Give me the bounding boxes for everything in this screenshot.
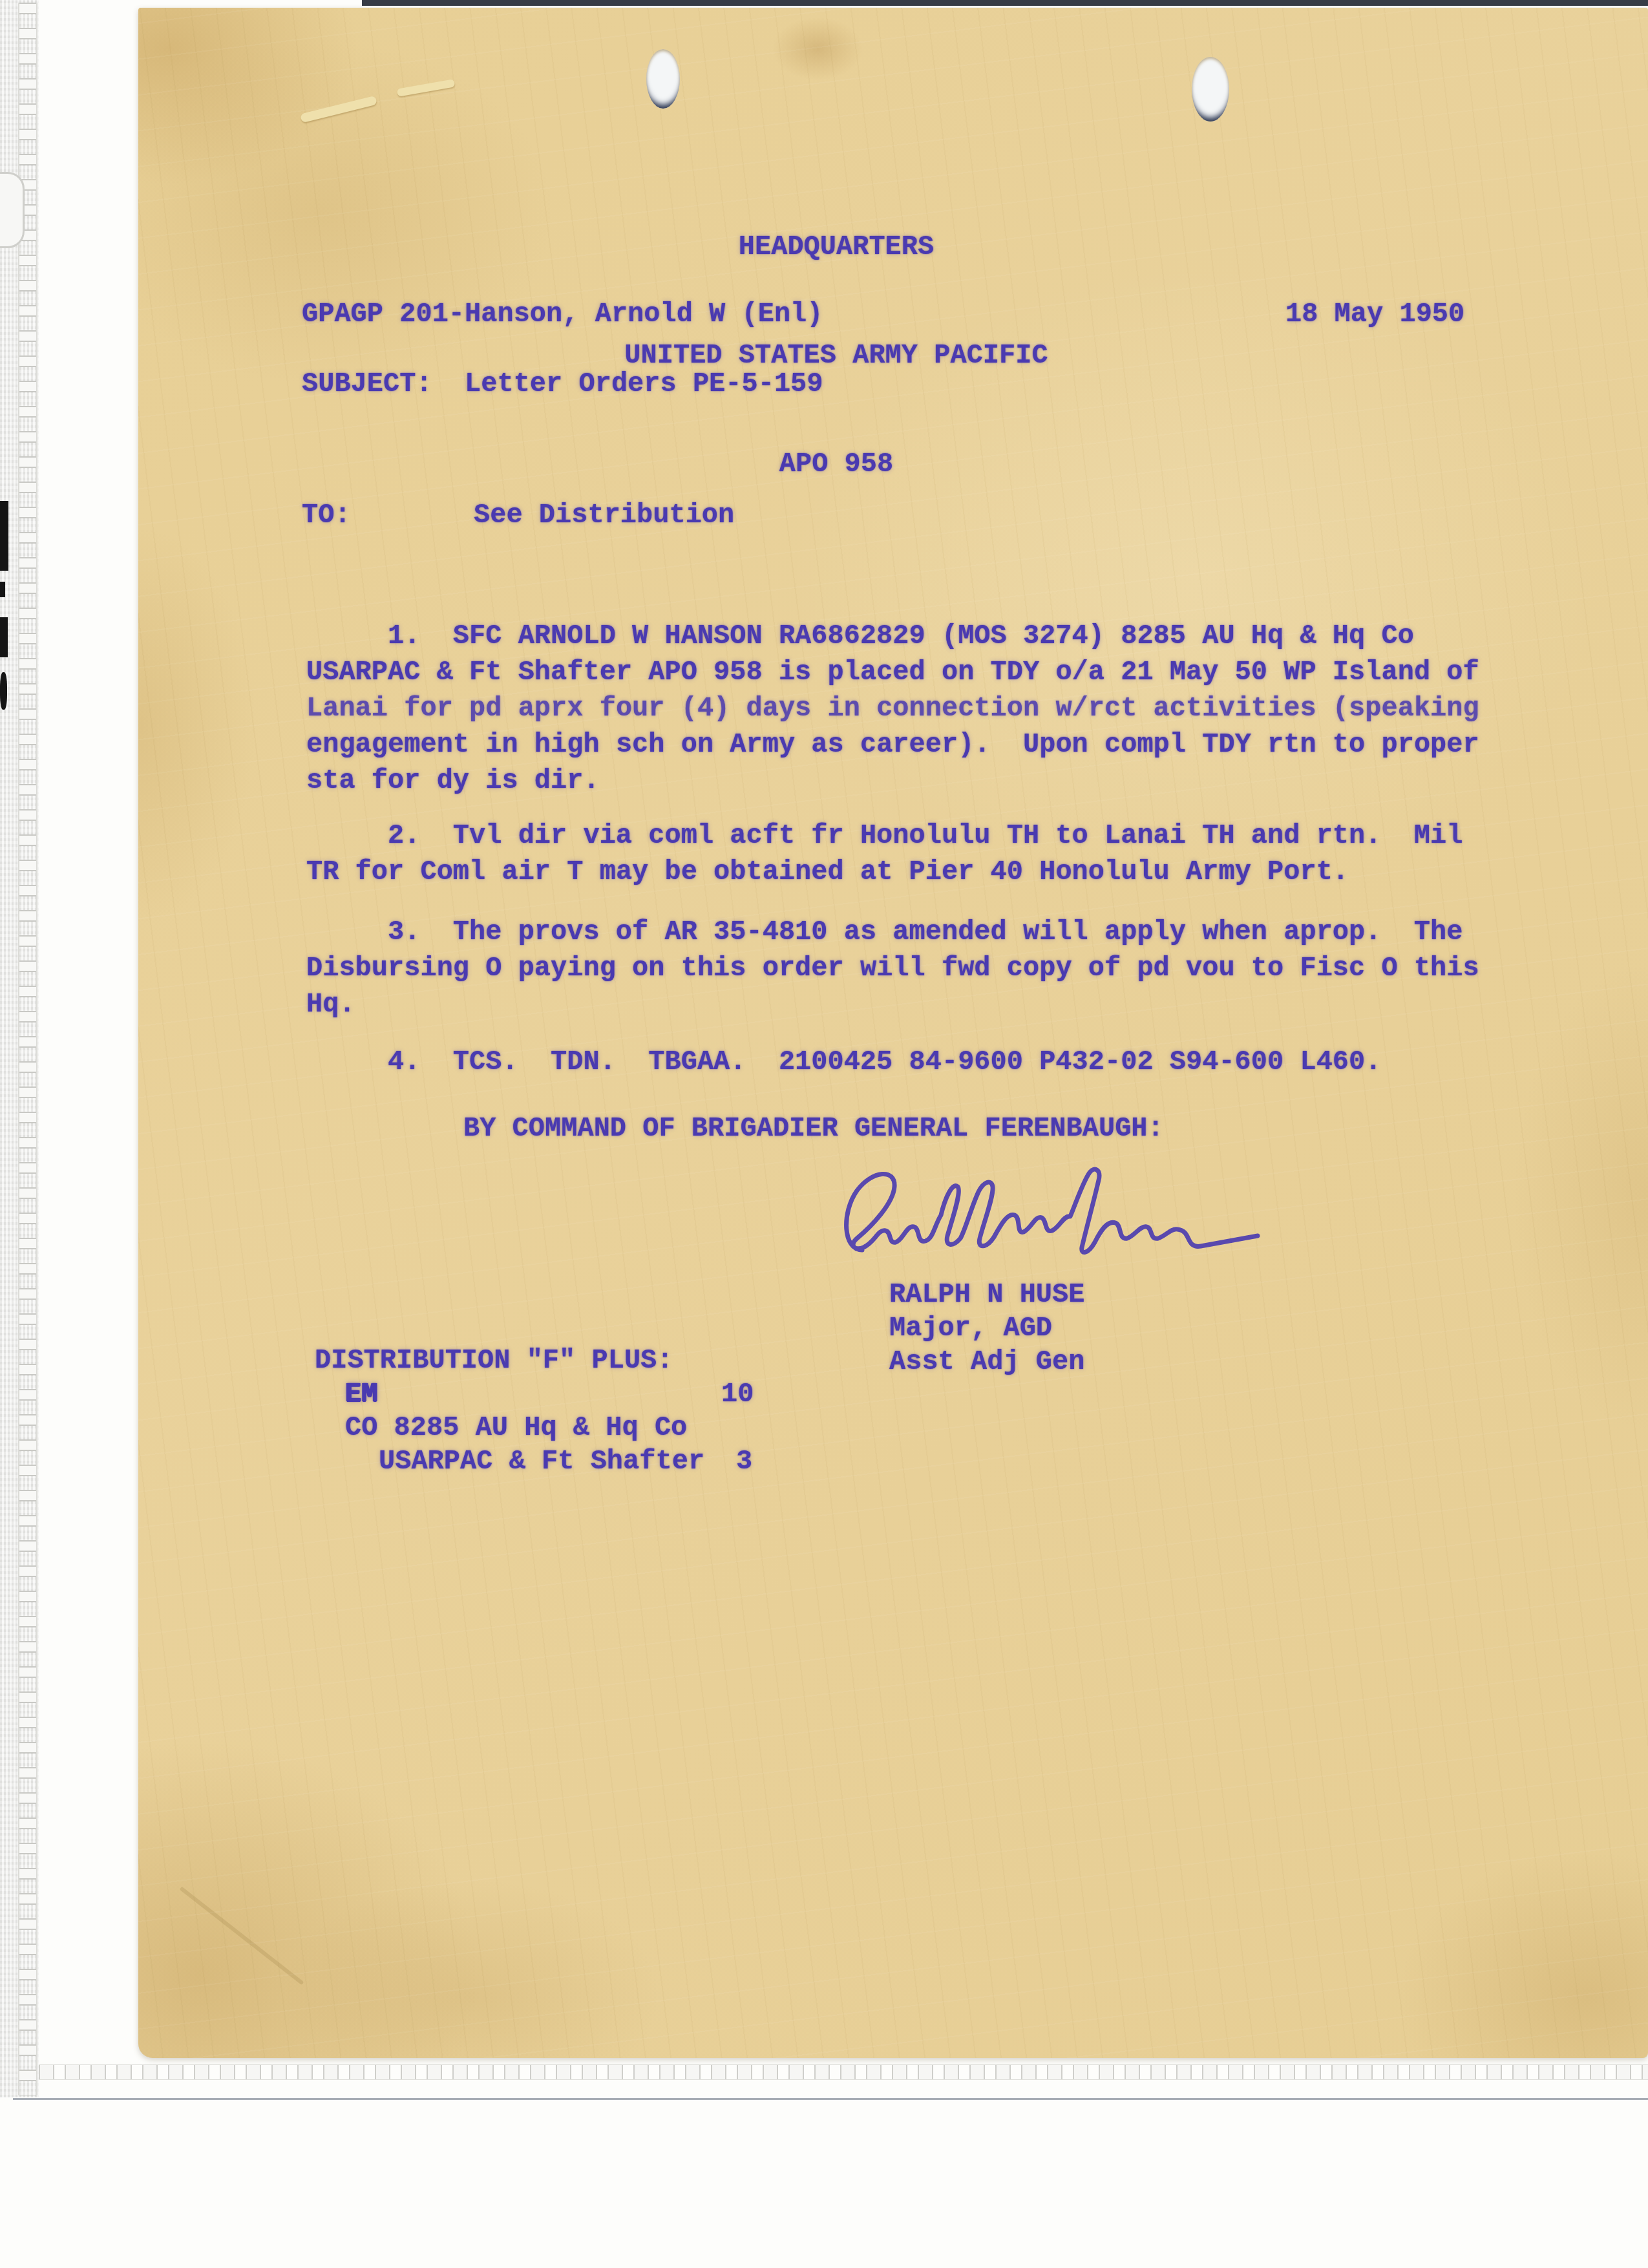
distribution-entry: CO 8285 AU Hq & Hq Co	[345, 1410, 687, 1446]
punch-hole-left	[646, 49, 680, 109]
punch-hole-right	[1192, 57, 1229, 122]
order-paragraph-line: Lanai for pd aprx four (4) days in conne…	[306, 690, 1479, 726]
distribution-count: 3	[736, 1443, 752, 1479]
spine-text-fragment	[0, 617, 8, 657]
order-paragraph-line: TR for Coml air T may be obtained at Pie…	[306, 854, 1349, 890]
to-label: TO:	[302, 497, 351, 533]
scan-shadow-top-edge	[362, 0, 1648, 6]
distribution-entry: USARPAC & Ft Shafter	[379, 1443, 704, 1479]
order-paragraph-line: 2. Tvl dir via coml acft fr Honolulu TH …	[388, 818, 1463, 854]
protector-edge-line	[13, 2098, 1648, 2100]
command-line: BY COMMAND OF BRIGADIER GENERAL FERENBAU…	[463, 1110, 1164, 1147]
signer-title: Asst Adj Gen	[889, 1344, 1084, 1380]
date: 18 May 1950	[1285, 296, 1464, 332]
distribution-entry: EM	[345, 1376, 377, 1412]
distribution-heading: DISTRIBUTION "F" PLUS:	[315, 1342, 673, 1379]
spine-text-fragment	[0, 582, 5, 597]
letterhead-line-1: HEADQUARTERS	[526, 229, 1146, 265]
binder-perforation-column	[18, 3, 37, 2095]
signer-name: RALPH N HUSE	[889, 1277, 1084, 1313]
paper-crease-mark	[300, 96, 377, 123]
order-paragraph-line: 1. SFC ARNOLD W HANSON RA6862829 (MOS 32…	[388, 618, 1414, 654]
spine-text-fragment	[0, 672, 7, 710]
order-paragraph-line: 3. The provs of AR 35-4810 as amended wi…	[388, 914, 1463, 950]
paper-crease-mark	[397, 79, 456, 96]
paper-crease-mark	[180, 1887, 304, 1985]
to-value: See Distribution	[474, 497, 734, 533]
spine-text-fragment	[0, 501, 8, 571]
order-paragraph-line: sta for dy is dir.	[306, 763, 600, 799]
order-paragraph-line: Hq.	[306, 986, 355, 1023]
reference-line: GPAGP 201-Hanson, Arnold W (Enl)	[302, 296, 823, 332]
binder-tab-notch	[0, 172, 25, 248]
signer-rank: Major, AGD	[889, 1310, 1052, 1346]
signature-stroke	[847, 1169, 1258, 1252]
protector-bottom-perforations	[39, 2064, 1648, 2080]
letterhead: HEADQUARTERS UNITED STATES ARMY PACIFIC …	[526, 156, 1146, 555]
handwritten-signature	[823, 1153, 1276, 1292]
subject-line: SUBJECT: Letter Orders PE-5-159	[302, 366, 823, 402]
order-paragraph-line: USARPAC & Ft Shafter APO 958 is placed o…	[306, 654, 1479, 690]
distribution-count: 10	[721, 1376, 754, 1412]
letterhead-line-3: APO 958	[526, 446, 1146, 482]
order-paragraph-line: 4. TCS. TDN. TBGAA. 2100425 84-9600 P432…	[388, 1044, 1381, 1080]
document-paper: HEADQUARTERS UNITED STATES ARMY PACIFIC …	[138, 8, 1648, 2058]
scanned-page-background: { "colors": { "ink": "#4a3ab0", "paper":…	[0, 0, 1648, 2268]
order-paragraph-line: Disbursing O paying on this order will f…	[306, 950, 1479, 986]
order-paragraph-line: engagement in high sch on Army as career…	[306, 726, 1479, 763]
